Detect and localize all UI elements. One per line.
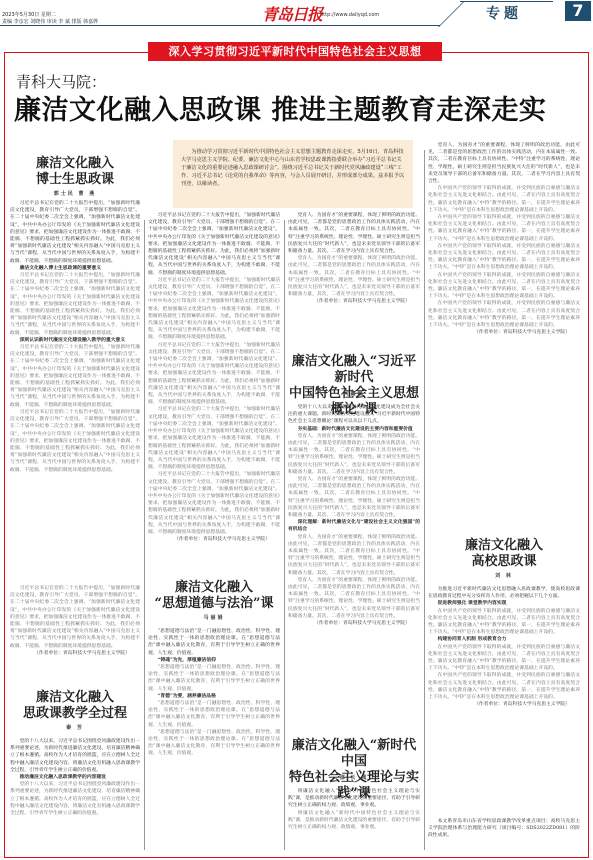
article-1-continued: 习近平总书记在党的二十大报告中提出，“加强新时代廉洁文化建设，教育引导广大党员、…	[148, 212, 280, 552]
column-4-text: 党育人、为国育才”的重要课程，体现了鲜明的政治功能。由此可见，二者都是党的思想政…	[428, 142, 580, 532]
paragraph: 党育人、为国育才”的重要课程，体现了鲜明的政治功能。由此可见，二者都是党的思想政…	[288, 534, 420, 577]
article-6-body: 为推进习近平新时代廉洁文化思想融入思政课教学，使高校思政课在思政教育过程中充分发…	[428, 586, 580, 801]
subheading: 构建协同育人机制 形成教育合力	[428, 636, 580, 643]
masthead-info: 2023年5月30日 星期二 责编 李彦宏 刘晓伟 审读 李 斌 排版 韩嘉骅	[2, 12, 98, 26]
article-2-author: 秦 芳	[10, 724, 140, 731]
column-divider	[424, 150, 425, 850]
paragraph: 党的十八大以来，习近平总书记围绕党风廉政建设作出一系列重要论述，为新时代推进廉洁…	[10, 738, 140, 774]
footnote-text: 本文系青岛市山东省学校思政课教学改革重点项目：高校马克思主义学院治理体系与治理能…	[428, 818, 580, 840]
paragraph: 党的十八大以来，习近平总书记围绕党风廉政建设作出一系列重要论述，为新时代推进廉洁…	[10, 781, 140, 817]
title-line: 廉洁文化融入	[428, 538, 580, 554]
subheading: “育德”为要，涵养廉洁品格	[148, 693, 280, 700]
title-line: 廉洁文化融入“习近平新时代	[288, 354, 420, 386]
article-1-end-source: （作者单位：青岛科技大学马克思主义学院）	[10, 650, 140, 657]
column-3-text: 党育人、为国育才”的重要课程，体现了鲜明的政治功能。由此可见，二者都是党的思想政…	[288, 212, 420, 342]
article-6-author: 刘 林	[428, 572, 580, 579]
issue-date: 2023年5月30日 星期二	[2, 12, 98, 19]
paragraph: “思想道德与法治”是一门融思想性、政治性、科学性、理论性、实践性于一体的思想政治…	[148, 729, 280, 758]
paragraph: 在中国共产党的领导下取得的成就，并受到民族的自豪感与廉洁文化和社会主义先进文化相…	[428, 214, 580, 243]
paragraph: 习近平总书记在党的二十大报告中提出，“加强新时代廉洁文化建设，教育引导广大党员、…	[10, 272, 140, 337]
article-4-body: 党的十八大以来，加强新时代廉洁文化建设成为全社会关注的重大课题。新时代廉洁文化建…	[288, 404, 420, 734]
masthead-top-rule	[460, 1, 553, 2]
article-4-source: （作者单位：青岛科技大学马克思主义学院）	[288, 620, 420, 627]
paragraph: 党育人、为国育才”的重要课程，体现了鲜明的政治功能。由此可见，二者都是党的思想政…	[288, 476, 420, 519]
title-line: 思政课教学全过程	[10, 706, 140, 722]
title-line: 廉洁文化融入“新时代中国	[288, 738, 420, 770]
subheading: 推动廉洁文化融入思政课教学的内容建设	[10, 774, 140, 781]
title-line: 廉洁文化融入	[148, 580, 280, 596]
paragraph: 党育人、为国育才”的重要课程，体现了鲜明的政治功能。由此可见，二者都是党的思想政…	[428, 142, 580, 185]
paragraph: 习近平总书记在党的二十大报告中提出，“加强新时代廉洁文化建设，教育引导广大党员、…	[148, 212, 280, 277]
paragraph: 习近平总书记在党的二十大报告中提出，“加强新时代廉洁文化建设，教育引导广大党员、…	[10, 585, 140, 650]
article-5-author: 邵 长 城	[288, 774, 420, 781]
article-5-body: 将廉洁文化融入“新时代中国特色社会主义理论与实践”课，是推动新时代廉洁文化建设的…	[288, 788, 420, 854]
paragraph: 在中国共产党的领导下取得的成就，并受到民族的自豪感与廉洁文化和社会主义先进文化相…	[428, 672, 580, 701]
paragraph: 党育人、为国育才”的重要课程，体现了鲜明的政治功能。由此可见，二者都是党的思想政…	[288, 255, 420, 298]
paragraph: 习近平总书记在党的二十大报告中提出，“加强新时代廉洁文化建设，教育引导广大党员、…	[148, 342, 280, 407]
paragraph: 习近平总书记在党的二十大报告中提出，“加强新时代廉洁文化建设，教育引导广大党员、…	[10, 344, 140, 409]
paragraph: 党育人、为国育才”的重要课程，体现了鲜明的政治功能。由此可见，二者都是党的思想政…	[288, 212, 420, 255]
headline: 廉洁文化融入思政课 推进主题教育走深走实	[14, 88, 546, 127]
subheading: 促进教师强化 课堂教学内容实现	[428, 600, 580, 607]
paragraph: 在中国共产党的领导下取得的成就，并受到民族的自豪感与廉洁文化和社会主义先进文化相…	[428, 300, 580, 329]
article-1-source: （作者单位：青岛科技大学马克思主义学院）	[148, 536, 280, 543]
paragraph: 习近平总书记在党的二十大报告中提出，“加强新时代廉洁文化建设，教育引导广大党员、…	[10, 409, 140, 474]
paragraph: 习近平总书记在党的二十大报告中提出，“加强新时代廉洁文化建设，教育引导广大党员、…	[148, 277, 280, 342]
article-4-author: 闫鑫丽	[288, 390, 420, 397]
article-1-title: 廉洁文化融入 博士生思政课	[10, 156, 140, 188]
subheading: “铸魂”为先，厚植廉洁信仰	[148, 657, 280, 664]
title-line: 廉洁文化融入	[10, 690, 140, 706]
masthead-divider	[438, 2, 493, 27]
newspaper-logo: 青岛日报	[262, 2, 322, 25]
subheading: 廉洁文化融入博士生思政课的重要意义	[10, 265, 140, 272]
column-divider	[144, 220, 145, 850]
paragraph: 为推进习近平新时代廉洁文化思想融入思政课教学，使高校思政课在思政教育过程中充分发…	[428, 586, 580, 600]
masthead-rule	[0, 25, 440, 26]
paragraph: 在中国共产党的领导下取得的成就，并受到民族的自豪感与廉洁文化和社会主义先进文化相…	[428, 272, 580, 301]
page-number: 7	[565, 1, 591, 21]
paragraph: “思想道德与法治”是一门融思想性、政治性、科学性、理论性、实践性于一体的思想政治…	[148, 628, 280, 657]
subheading: 深刻认识新时代廉洁文化建设融入教学的重大意义	[10, 337, 140, 344]
paragraph: 习近平总书记在党的二十大报告中提出，“加强新时代廉洁文化建设，教育引导广大党员、…	[148, 471, 280, 536]
column-3-source: （作者单位：青岛科技大学马克思主义学院）	[288, 298, 420, 305]
paragraph: “思想道德与法治”是一门融思想性、政治性、科学性、理论性、实践性于一体的思想政治…	[148, 700, 280, 729]
article-3-body: “思想道德与法治”是一门融思想性、政治性、科学性、理论性、实践性于一体的思想政治…	[148, 628, 280, 853]
footnote: 本文系青岛市山东省学校思政课教学改革重点项目：高校马克思主义学院治理体系与治理能…	[428, 818, 580, 848]
paragraph: 党的十八大以来，加强新时代廉洁文化建设成为全社会关注的重大课题。新时代廉洁文化建…	[288, 404, 420, 426]
paragraph: 在中国共产党的领导下取得的成就，并受到民族的自豪感与廉洁文化和社会主义先进文化相…	[428, 644, 580, 673]
title-line: “思想道德与法治”课	[148, 596, 280, 612]
title-line: 廉洁文化融入	[10, 156, 140, 172]
paragraph: 党育人、为国育才”的重要课程，体现了鲜明的政治功能。由此可见，二者都是党的思想政…	[288, 433, 420, 476]
paragraph: “思想道德与法治”是一门融思想性、政治性、科学性、理论性、实践性于一体的思想政治…	[148, 664, 280, 693]
article-1-tail: 习近平总书记在党的二十大报告中提出，“加强新时代廉洁文化建设，教育引导广大党员、…	[10, 585, 140, 675]
title-line: 博士生思政课	[10, 172, 140, 188]
column-4-source: （作者单位：青岛科技大学马克思主义学院）	[428, 329, 580, 336]
article-3-title: 廉洁文化融入 “思想道德与法治”课	[148, 580, 280, 612]
article-2-title: 廉洁文化融入 思政课教学全过程	[10, 690, 140, 722]
paragraph: 将廉洁文化融入“新时代中国特色社会主义理论与实践”课，是推动新时代廉洁文化建设的…	[288, 810, 420, 832]
paragraph: 在中国共产党的领导下取得的成就，并受到民族的自豪感与廉洁文化和社会主义先进文化相…	[428, 608, 580, 637]
article-2-body: 党的十八大以来，习近平总书记围绕党风廉政建设作出一系列重要论述，为新时代推进廉洁…	[10, 738, 140, 853]
paragraph: 党育人、为国育才”的重要课程，体现了鲜明的政治功能。由此可见，二者都是党的思想政…	[288, 577, 420, 620]
paragraph: 在中国共产党的领导下取得的成就，并受到民族的自豪感与廉洁文化和社会主义先进文化相…	[428, 243, 580, 272]
paragraph: 习近平总书记在党的二十大报告中提出，“加强新时代廉洁文化建设，教育引导广大党员、…	[148, 406, 280, 471]
article-6-source: （作者单位：青岛科技大学马克思主义学院）	[428, 701, 580, 708]
topic-banner: 深入学习贯彻习近平新时代中国特色社会主义思想	[148, 42, 442, 61]
article-6-title: 廉洁文化融入 高校思政课	[428, 538, 580, 570]
article-3-author: 马丽娟	[148, 614, 280, 621]
article-1-body: 习近平总书记在党的二十大报告中提出，“加强新时代廉洁文化建设，教育引导广大党员、…	[10, 200, 140, 580]
article-1-author: 郭士民 曹 燕	[10, 190, 140, 197]
title-line: 高校思政课	[428, 554, 580, 570]
paragraph: 在中国共产党的领导下取得的成就，并受到民族的自豪感与廉洁文化和社会主义先进文化相…	[428, 185, 580, 214]
subheading: 夯实基础：新时代廉洁文化建设的主要内容和重要价值	[288, 426, 420, 433]
paragraph: 习近平总书记在党的二十大报告中提出，“加强新时代廉洁文化建设，教育引导广大党员、…	[10, 200, 140, 265]
editor-note: 为推动学习贯彻习近平新时代中国特色社会主义思想主题教育走深走实，5月16日，青岛…	[173, 140, 413, 208]
column-divider	[284, 220, 285, 850]
website-url: http://www.dailyqd.com	[320, 12, 379, 18]
section-title: 专题	[486, 3, 522, 23]
masthead: 2023年5月30日 星期二 责编 李彦宏 刘晓伟 审读 李 斌 排版 韩嘉骅 …	[0, 0, 593, 28]
subheading: 深化理解：新时代廉洁文化与“建设社会主义文化强国”的有机结合	[288, 519, 420, 533]
paragraph: 将廉洁文化融入“新时代中国特色社会主义理论与实践”课，是推动新时代廉洁文化建设的…	[288, 788, 420, 810]
